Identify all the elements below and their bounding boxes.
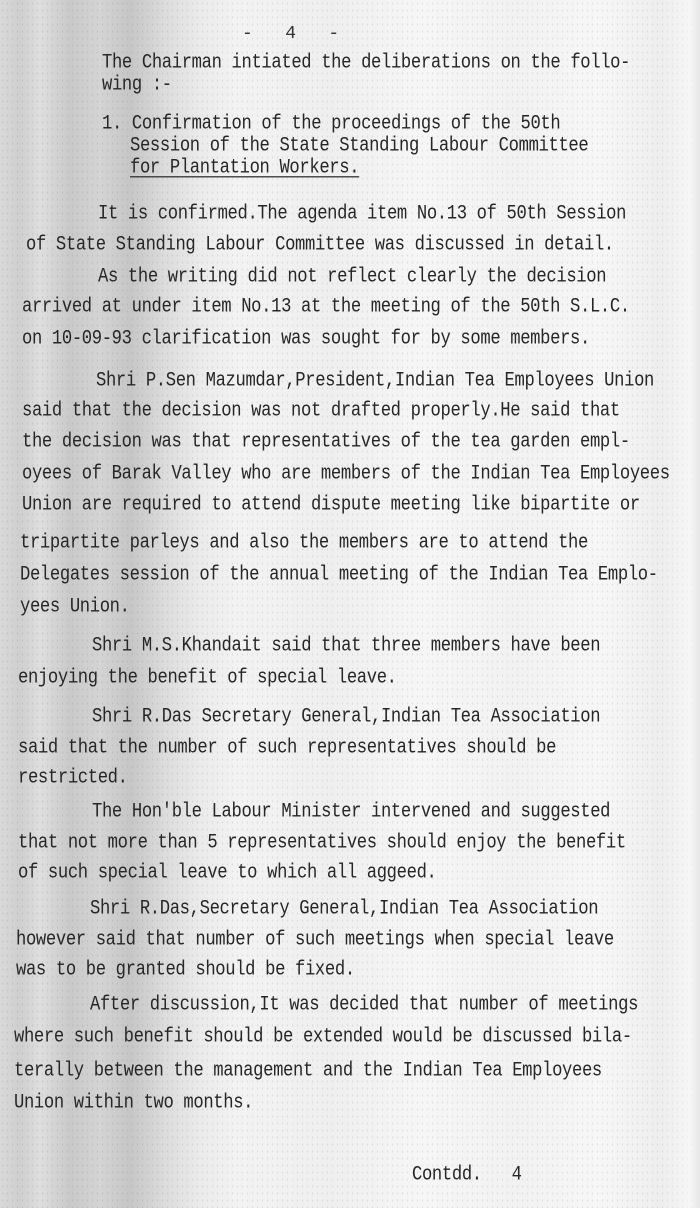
text-line: arrived at under item No.13 at the meeti…: [22, 296, 630, 319]
text-line: Union are required to attend dispute mee…: [22, 494, 640, 517]
text-line: was to be granted should be fixed.: [16, 959, 355, 982]
agenda-item-heading: for Plantation Workers.: [130, 157, 359, 180]
text-line: After discussion,It was decided that num…: [90, 994, 638, 1017]
text-line: yees Union.: [20, 596, 130, 619]
text-line: the decision was that representatives of…: [22, 431, 630, 454]
text-line: however said that number of such meeting…: [16, 929, 614, 952]
text-line: Union within two months.: [14, 1092, 253, 1115]
text-line: said that the number of such representat…: [18, 737, 556, 760]
text-line: Delegates session of the annual meeting …: [20, 564, 658, 587]
text-line: of such special leave to which all aggee…: [18, 862, 437, 885]
text-line: wing :-: [102, 74, 172, 97]
text-line: restricted.: [18, 767, 128, 790]
text-line: The Hon'ble Labour Minister intervened a…: [92, 801, 610, 824]
agenda-item-heading: Session of the State Standing Labour Com…: [130, 135, 588, 158]
page-edge: [660, 0, 700, 1208]
text-line: oyees of Barak Valley who are members of…: [22, 463, 670, 486]
text-line: terally between the management and the I…: [14, 1060, 602, 1083]
agenda-item-heading: 1. Confirmation of the proceedings of th…: [102, 113, 560, 136]
text-line: of State Standing Labour Committee was d…: [26, 234, 614, 257]
text-line: that not more than 5 representatives sho…: [18, 832, 626, 855]
text-line: enjoying the benefit of special leave.: [18, 667, 397, 690]
text-line: on 10-09-93 clarification was sought for…: [22, 328, 590, 351]
text-line: where such benefit should be extended wo…: [14, 1026, 632, 1049]
text-line: Shri P.Sen Mazumdar,President,Indian Tea…: [96, 370, 654, 393]
text-line: Shri M.S.Khandait said that three member…: [92, 635, 600, 658]
text-line: As the writing did not reflect clearly t…: [98, 266, 606, 289]
document-page: - 4 - The Chairman intiated the delibera…: [0, 0, 700, 1208]
text-line: Shri R.Das,Secretary General,Indian Tea …: [90, 898, 598, 921]
text-line: Shri R.Das Secretary General,Indian Tea …: [92, 706, 600, 729]
text-line: tripartite parleys and also the members …: [20, 532, 588, 555]
page-number: - 4 -: [242, 24, 339, 44]
text-line: It is confirmed.The agenda item No.13 of…: [98, 203, 626, 226]
continued-footer: Contdd. 4: [412, 1164, 522, 1187]
text-line: The Chairman intiated the deliberations …: [102, 52, 630, 75]
text-line: said that the decision was not drafted p…: [22, 400, 620, 423]
